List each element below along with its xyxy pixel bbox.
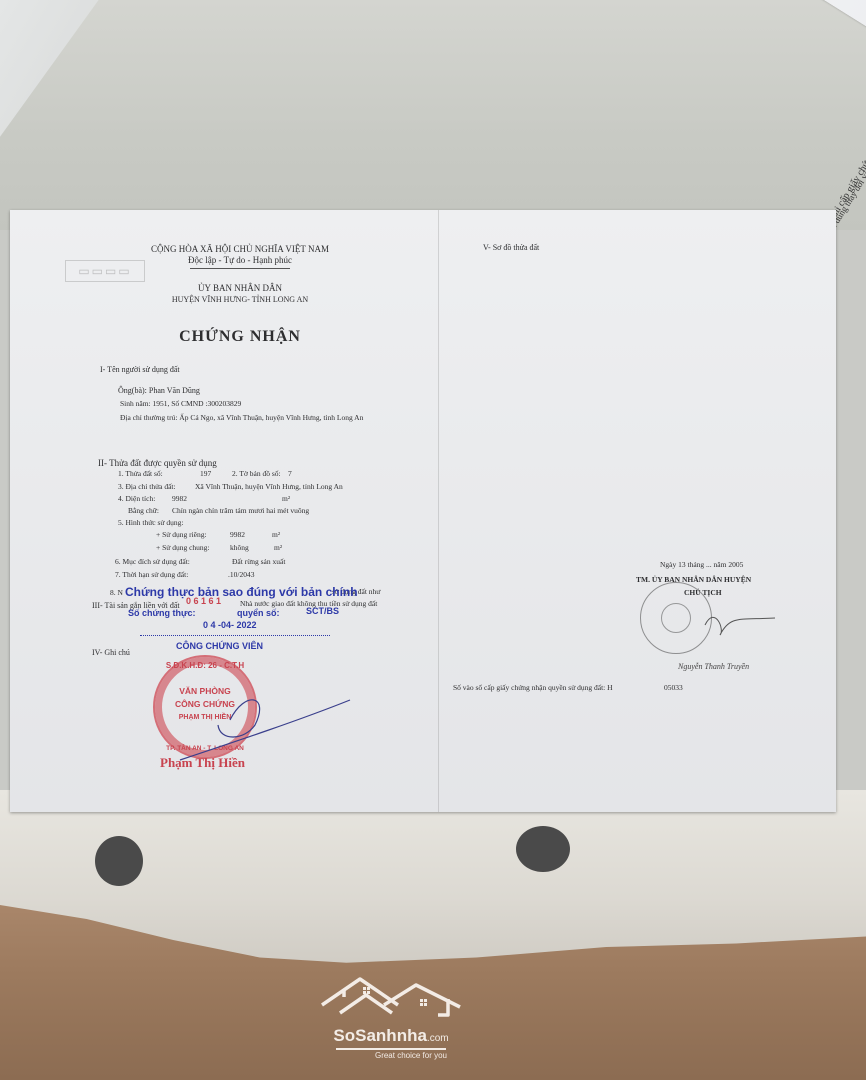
header-rule: [190, 268, 290, 269]
section-4-heading: IV- Ghi chú: [92, 648, 130, 657]
registry-value: 05033: [664, 683, 683, 692]
certification-date: 0 4 -04- 2022: [203, 620, 257, 630]
term-label: 7. Thời hạn sử dụng đất:: [115, 570, 188, 579]
signer-name: Nguyễn Thanh Truyền: [678, 662, 749, 671]
section-2-heading: II- Thửa đất được quyền sử dụng: [98, 458, 217, 468]
purpose-label: 6. Mục đích sử dụng đất:: [115, 557, 190, 566]
notary-name: Phạm Thị Hiền: [160, 755, 245, 771]
watermark-brand-name: SoSanhnha: [333, 1026, 427, 1045]
location-value: Xã Vĩnh Thuận, huyện Vĩnh Hưng, tỉnh Lon…: [195, 482, 343, 491]
shared-use-label: + Sử dụng chung:: [156, 543, 210, 552]
usage-form-label: 5. Hình thức sử dụng:: [118, 518, 183, 527]
national-motto: Độc lập - Tự do - Hạnh phúc: [130, 255, 350, 265]
term-value: .10/2043: [228, 570, 254, 579]
table-surface: [0, 0, 866, 230]
plot-label: 1. Thửa đất số:: [118, 469, 163, 478]
watermark-tagline: Great choice for you: [316, 1051, 466, 1060]
owner-name: Ông(bà): Phan Văn Dũng: [118, 386, 200, 395]
chairman-signature: [700, 600, 780, 640]
owner-address: Địa chỉ thường trú: Ấp Cá Ngo, xã Vĩnh T…: [120, 413, 363, 422]
registry-label: Số vào sổ cấp giấy chứng nhận quyền sử d…: [453, 683, 613, 692]
shared-use-unit: m²: [274, 543, 282, 552]
private-use-label: + Sử dụng riêng:: [156, 530, 207, 539]
certificate-sheet: ▭▭▭▭ CỘNG HÒA XÃ HỘI CHỦ NGHĨA VIỆT NAM …: [10, 210, 836, 812]
map-value: 7: [288, 469, 292, 478]
signing-date: Ngày 13 tháng ... năm 2005: [660, 560, 743, 569]
watermark: SoSanhnha.com Great choice for you: [316, 975, 466, 1060]
certified-copy-stamp: Chứng thực bản sao đúng với bản chính: [125, 585, 358, 599]
fabric-dot: [516, 826, 570, 872]
origin-label: 8. N: [110, 588, 123, 597]
area-unit: m²: [282, 494, 290, 503]
certification-number-label: Số chứng thực:: [128, 608, 196, 618]
page-fold: [438, 210, 439, 812]
watermark-rule: [336, 1048, 446, 1050]
country-name: CỘNG HÒA XÃ HỘI CHỦ NGHĨA VIỆT NAM: [130, 244, 350, 254]
fabric-dot: [95, 836, 143, 886]
shared-use-value: không: [230, 543, 249, 552]
watermark-domain: .com: [427, 1033, 449, 1044]
district-name: HUYỆN VĨNH HƯNG- TỈNH LONG AN: [130, 295, 350, 304]
owner-birth-id: Sinh năm: 1951, Số CMND :300203829: [120, 399, 241, 408]
certification-dotted-rule: [140, 635, 330, 636]
area-label: 4. Diện tích:: [118, 494, 155, 503]
map-label: 2. Tờ bản đồ số:: [232, 469, 281, 478]
area-words-label: Bằng chữ:: [128, 506, 159, 515]
purpose-value: Đất rừng sản xuất: [232, 557, 285, 566]
private-use-value: 9982: [230, 530, 245, 539]
area-value: 9982: [172, 494, 187, 503]
house-logo-icon: [316, 975, 466, 1019]
notary-role: CÔNG CHỨNG VIÊN: [176, 641, 263, 651]
section-5-heading: V- Sơ đồ thửa đất: [483, 243, 539, 252]
section-1-heading: I- Tên người sử dụng đất: [100, 365, 180, 374]
private-use-unit: m²: [272, 530, 280, 539]
authority-name: ỦY BAN NHÂN DÂN: [130, 283, 350, 293]
book-number-value: SCT/BS: [306, 606, 339, 616]
location-label: 3. Địa chỉ thửa đất:: [118, 482, 176, 491]
plot-value: 197: [200, 469, 211, 478]
signing-authority: TM. ỦY BAN NHÂN DÂN HUYỆN: [636, 575, 751, 584]
watermark-brand: SoSanhnha.com: [316, 1026, 466, 1046]
book-number-label: quyển số:: [237, 608, 280, 618]
seal-ring-top: S.Đ.K.H.Đ: 26 - C.T.H: [155, 661, 255, 670]
area-words-value: Chín ngàn chín trăm tám mươi hai mét vuô…: [172, 506, 309, 515]
document-title: CHỨNG NHẬN: [130, 328, 350, 346]
certification-number-value: 0 6 1 6 1: [186, 596, 221, 606]
